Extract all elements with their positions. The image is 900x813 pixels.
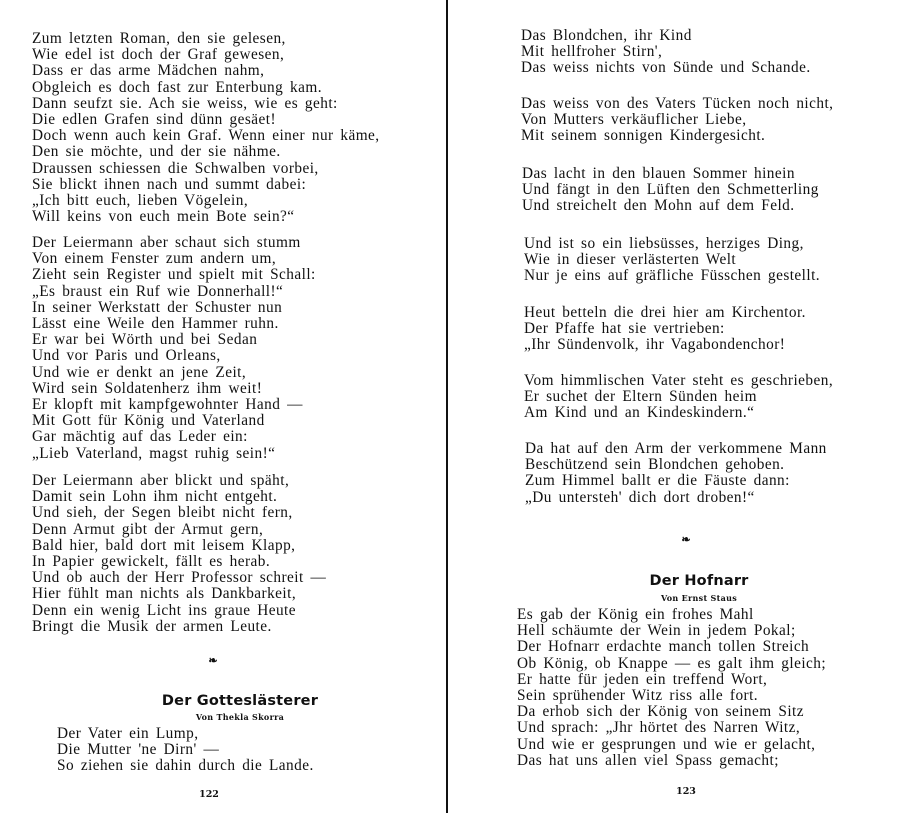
- verse-line: Heut betteln die drei hier am Kirchentor…: [524, 305, 806, 321]
- verse-line: Wie edel ist doch der Graf gewesen,: [32, 47, 380, 63]
- verse-line: Von Mutters verkäuflicher Liebe,: [521, 112, 833, 128]
- verse-line: Das weiss nichts von Sünde und Schande.: [521, 60, 811, 76]
- verse-line: Hell schäumte der Wein in jedem Pokal;: [517, 623, 826, 639]
- verse-line: Draussen schiessen die Schwalben vorbei,: [32, 161, 380, 177]
- verse-line: Doch wenn auch kein Graf. Wenn einer nur…: [32, 128, 380, 144]
- verse-line: Zieht sein Register und spielt mit Schal…: [32, 267, 316, 283]
- verse-line: Will keins von euch mein Bote sein?“: [32, 209, 380, 225]
- verse-line: Den sie möchte, und der sie nähme.: [32, 144, 380, 160]
- stanza: Das weiss von des Vaters Tücken noch nic…: [521, 96, 833, 145]
- verse-line: Vom himmlischen Vater steht es geschrieb…: [524, 373, 833, 389]
- verse-line: Und wie er denkt an jene Zeit,: [32, 365, 316, 381]
- verse-line: Zum Himmel ballt er die Fäuste dann:: [525, 473, 827, 489]
- verse-line: In Papier gewickelt, fällt es herab.: [32, 554, 326, 570]
- verse-line: Beschützend sein Blondchen gehoben.: [525, 457, 827, 473]
- verse-line: Und sprach: „Jhr hörtet des Narren Witz,: [517, 720, 826, 736]
- verse-line: Und fängt in den Lüften den Schmetterlin…: [522, 182, 819, 198]
- poem-author: Von Thekla Skorra: [100, 712, 380, 722]
- verse-line: Der Leiermann aber blickt und späht,: [32, 473, 326, 489]
- stanza: Es gab der König ein frohes Mahl Hell sc…: [517, 607, 826, 769]
- verse-line: Gar mächtig auf das Leder ein:: [32, 429, 316, 445]
- stanza: Vom himmlischen Vater steht es geschrieb…: [524, 373, 833, 422]
- poem-title: Der Hofnarr: [549, 573, 849, 589]
- verse-line: Nur je eins auf gräfliche Füsschen geste…: [524, 268, 820, 284]
- verse-line: Die edlen Grafen sind dünn gesäet!: [32, 112, 380, 128]
- verse-line: „Ich bitt euch, lieben Vögelein,: [32, 193, 380, 209]
- verse-line: In seiner Werkstatt der Schuster nun: [32, 300, 316, 316]
- verse-line: Hier fühlt man nichts als Dankbarkeit,: [32, 586, 326, 602]
- verse-line: Es gab der König ein frohes Mahl: [517, 607, 826, 623]
- verse-line: Wird sein Soldatenherz ihm weit!: [32, 381, 316, 397]
- verse-line: Er suchet der Eltern Sünden heim: [524, 389, 833, 405]
- ornament-icon: ❧: [198, 654, 228, 667]
- verse-line: Und ist so ein liebsüsses, herziges Ding…: [524, 236, 820, 252]
- verse-line: Mit hellfroher Stirn',: [521, 44, 811, 60]
- verse-line: Das Blondchen, ihr Kind: [521, 28, 811, 44]
- verse-line: Denn Armut gibt der Armut gern,: [32, 522, 326, 538]
- poem-title: Der Gotteslästerer: [100, 693, 380, 709]
- verse-line: So ziehen sie dahin durch die Lande.: [57, 758, 314, 774]
- verse-line: Sie blickt ihnen nach und summt dabei:: [32, 177, 380, 193]
- verse-line: Mit seinem sonnigen Kindergesicht.: [521, 128, 833, 144]
- stanza: Und ist so ein liebsüsses, herziges Ding…: [524, 236, 820, 285]
- page-number: 123: [666, 786, 706, 797]
- verse-line: Das hat uns allen viel Spass gemacht;: [517, 753, 826, 769]
- verse-line: Damit sein Lohn ihm nicht entgeht.: [32, 489, 326, 505]
- stanza: Der Leiermann aber schaut sich stumm Von…: [32, 235, 316, 462]
- page-number: 122: [189, 789, 229, 800]
- verse-line: „Du untersteh' dich dort droben!“: [525, 490, 827, 506]
- verse-line: Er war bei Wörth und bei Sedan: [32, 332, 316, 348]
- verse-line: Am Kind und an Kindeskindern.“: [524, 405, 833, 421]
- verse-line: Die Mutter 'ne Dirn' —: [57, 742, 314, 758]
- verse-line: Da erhob sich der König von seinem Sitz: [517, 704, 826, 720]
- verse-line: Ob König, ob Knappe — es galt ihm gleich…: [517, 656, 826, 672]
- stanza: Der Leiermann aber blickt und späht, Dam…: [32, 473, 326, 635]
- verse-line: Zum letzten Roman, den sie gelesen,: [32, 31, 380, 47]
- verse-line: Er hatte für jeden ein treffend Wort,: [517, 672, 826, 688]
- verse-line: Von einem Fenster zum andern um,: [32, 251, 316, 267]
- verse-line: Bringt die Musik der armen Leute.: [32, 619, 326, 635]
- verse-line: Bald hier, bald dort mit leisem Klapp,: [32, 538, 326, 554]
- verse-line: Er klopft mit kampfgewohnter Hand —: [32, 397, 316, 413]
- stanza: Heut betteln die drei hier am Kirchentor…: [524, 305, 806, 354]
- verse-line: Wie in dieser verlästerten Welt: [524, 252, 820, 268]
- page-gutter-divider: [446, 0, 448, 813]
- left-page: Zum letzten Roman, den sie gelesen, Wie …: [0, 0, 447, 813]
- verse-line: Das lacht in den blauen Sommer hinein: [522, 166, 819, 182]
- verse-line: Und streichelt den Mohn auf dem Feld.: [522, 198, 819, 214]
- verse-line: Das weiss von des Vaters Tücken noch nic…: [521, 96, 833, 112]
- stanza: Zum letzten Roman, den sie gelesen, Wie …: [32, 31, 380, 225]
- verse-line: Da hat auf den Arm der verkommene Mann: [525, 441, 827, 457]
- verse-line: „Lieb Vaterland, magst ruhig sein!“: [32, 446, 316, 462]
- verse-line: „Es braust ein Ruf wie Donnerhall!“: [32, 284, 316, 300]
- verse-line: Dann seufzt sie. Ach sie weiss, wie es g…: [32, 96, 380, 112]
- stanza: Das Blondchen, ihr Kind Mit hellfroher S…: [521, 28, 811, 77]
- verse-line: Und vor Paris und Orleans,: [32, 348, 316, 364]
- stanza: Der Vater ein Lump, Die Mutter 'ne Dirn'…: [57, 726, 314, 775]
- verse-line: Sein sprühender Witz riss alle fort.: [517, 688, 826, 704]
- verse-line: Der Vater ein Lump,: [57, 726, 314, 742]
- verse-line: „Ihr Sündenvolk, ihr Vagabondenchor!: [524, 337, 806, 353]
- verse-line: Der Leiermann aber schaut sich stumm: [32, 235, 316, 251]
- verse-line: Obgleich es doch fast zur Enterbung kam.: [32, 80, 380, 96]
- verse-line: Und wie er gesprungen und wie er gelacht…: [517, 737, 826, 753]
- verse-line: Und sieh, der Segen bleibt nicht fern,: [32, 505, 326, 521]
- verse-line: Dass er das arme Mädchen nahm,: [32, 63, 380, 79]
- stanza: Da hat auf den Arm der verkommene Mann B…: [525, 441, 827, 506]
- ornament-icon: ❧: [671, 533, 701, 546]
- verse-line: Der Pfaffe hat sie vertrieben:: [524, 321, 806, 337]
- verse-line: Mit Gott für König und Vaterland: [32, 413, 316, 429]
- stanza: Das lacht in den blauen Sommer hinein Un…: [522, 166, 819, 215]
- poem-author: Von Ernst Staus: [549, 593, 849, 603]
- verse-line: Denn ein wenig Licht ins graue Heute: [32, 603, 326, 619]
- verse-line: Der Hofnarr erdachte manch tollen Streic…: [517, 639, 826, 655]
- right-page: Das Blondchen, ihr Kind Mit hellfroher S…: [449, 0, 900, 813]
- verse-line: Und ob auch der Herr Professor schreit —: [32, 570, 326, 586]
- verse-line: Lässt eine Weile den Hammer ruhn.: [32, 316, 316, 332]
